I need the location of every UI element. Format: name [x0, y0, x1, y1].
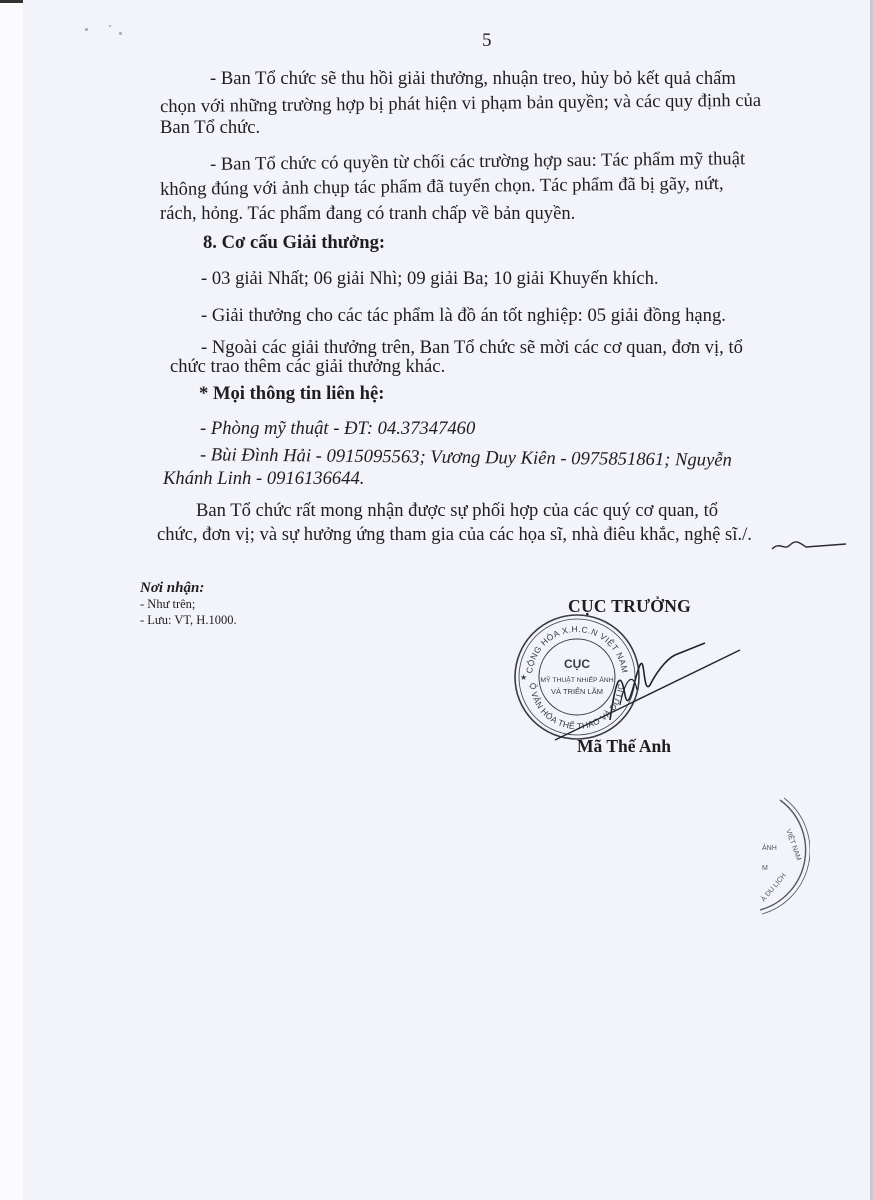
scan-speck [85, 28, 88, 31]
handwritten-end-mark [770, 535, 850, 555]
contact-people-line-2: Khánh Linh - 0916136644. [163, 468, 364, 490]
contact-heading: * Mọi thông tin liên hệ: [199, 383, 384, 405]
closing-line-1: Ban Tổ chức rất mong nhận được sự phối h… [196, 500, 718, 522]
closing-line-2: chức, đơn vị; và sự hưởng ứng tham gia c… [157, 524, 752, 546]
recipients-title: Nơi nhận: [140, 580, 237, 596]
scan-margin [0, 0, 23, 1200]
document-page: 5 - Ban Tổ chức sẽ thu hồi giải thưởng, … [0, 0, 873, 1200]
paragraph-1-line-2: chọn với những trường hợp bị phát hiện v… [160, 90, 761, 118]
scan-speck [119, 32, 122, 35]
signer-name: Mã Thế Anh [577, 736, 671, 757]
paragraph-1-line-1: - Ban Tổ chức sẽ thu hồi giải thưởng, nh… [210, 68, 736, 90]
recipients-block: Nơi nhận: - Như trên; - Lưu: VT, H.1000. [140, 580, 237, 628]
svg-text:M: M [762, 865, 768, 872]
svg-text:ẢNH: ẢNH [762, 843, 777, 852]
scan-edge [0, 0, 23, 3]
paragraph-1-line-3: Ban Tổ chức. [160, 117, 260, 139]
paragraph-2-line-2: không đúng với ảnh chụp tác phẩm đã tuyể… [160, 173, 724, 201]
prize-list-item: - Giải thưởng cho các tác phẩm là đồ án … [201, 305, 726, 327]
bleed-through-seal-icon: VIỆT NAM ẢNH M À DU LỊCH [700, 790, 810, 920]
recipient-item: - Như trên; [140, 596, 237, 612]
page-number: 5 [482, 30, 492, 52]
section-8-heading: 8. Cơ cấu Giải thưởng: [203, 232, 385, 254]
contact-phone-office: - Phòng mỹ thuật - ĐT: 04.37347460 [200, 418, 475, 440]
scan-speck [109, 25, 111, 27]
svg-text:VIỆT NAM: VIỆT NAM [784, 828, 804, 862]
paragraph-2-line-1: - Ban Tổ chức có quyền từ chối các trườn… [210, 148, 745, 176]
prize-list-item-continued: chức trao thêm các giải thưởng khác. [170, 356, 445, 378]
recipient-item: - Lưu: VT, H.1000. [140, 612, 237, 628]
paragraph-2-line-3: rách, hỏng. Tác phẩm đang có tranh chấp … [160, 203, 575, 225]
prize-list-item: - 03 giải Nhất; 06 giải Nhì; 09 giải Ba;… [201, 268, 659, 290]
